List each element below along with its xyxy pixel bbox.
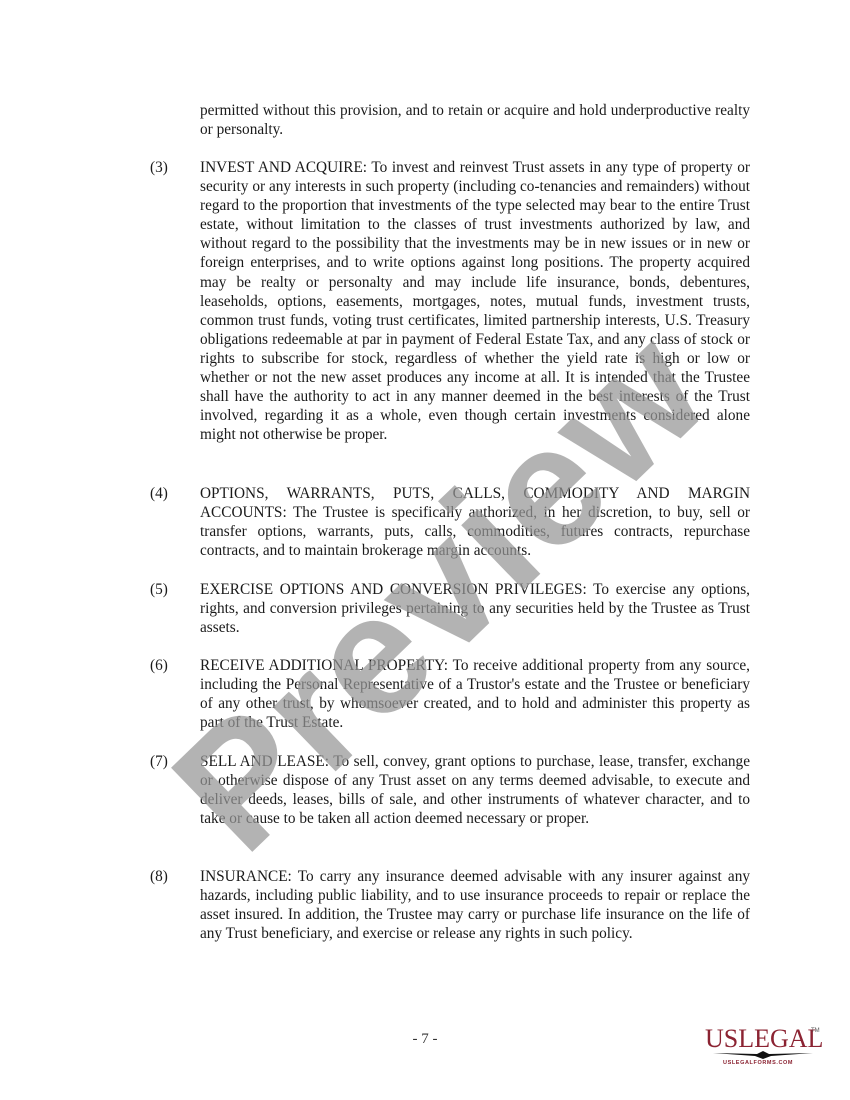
document-page: permitted without this provision, and to… xyxy=(0,0,850,1100)
uslegal-logo: USLEGAL TM USLEGALFORMS.COM xyxy=(705,1026,820,1070)
item-options-warrants: OPTIONS, WARRANTS, PUTS, CALLS, COMMODIT… xyxy=(200,484,750,560)
item-number: (4) xyxy=(150,484,168,503)
item-number: (6) xyxy=(150,656,168,675)
item-invest-and-acquire: INVEST AND ACQUIRE: To invest and reinve… xyxy=(200,158,750,444)
item-sell-and-lease: SELL AND LEASE: To sell, convey, grant o… xyxy=(200,752,750,828)
item-number: (3) xyxy=(150,158,168,177)
logo-brand-text: USLEGAL xyxy=(705,1026,823,1052)
logo-url-text: USLEGALFORMS.COM xyxy=(723,1060,793,1066)
logo-trademark: TM xyxy=(811,1028,820,1034)
item-number: (5) xyxy=(150,580,168,599)
item-number: (8) xyxy=(150,867,168,886)
eagle-wings-icon xyxy=(713,1051,813,1059)
item-exercise-options: EXERCISE OPTIONS AND CONVERSION PRIVILEG… xyxy=(200,580,750,637)
item-number: (7) xyxy=(150,752,168,771)
continuation-paragraph: permitted without this provision, and to… xyxy=(200,101,750,139)
item-insurance: INSURANCE: To carry any insurance deemed… xyxy=(200,867,750,943)
item-receive-property: RECEIVE ADDITIONAL PROPERTY: To receive … xyxy=(200,656,750,732)
